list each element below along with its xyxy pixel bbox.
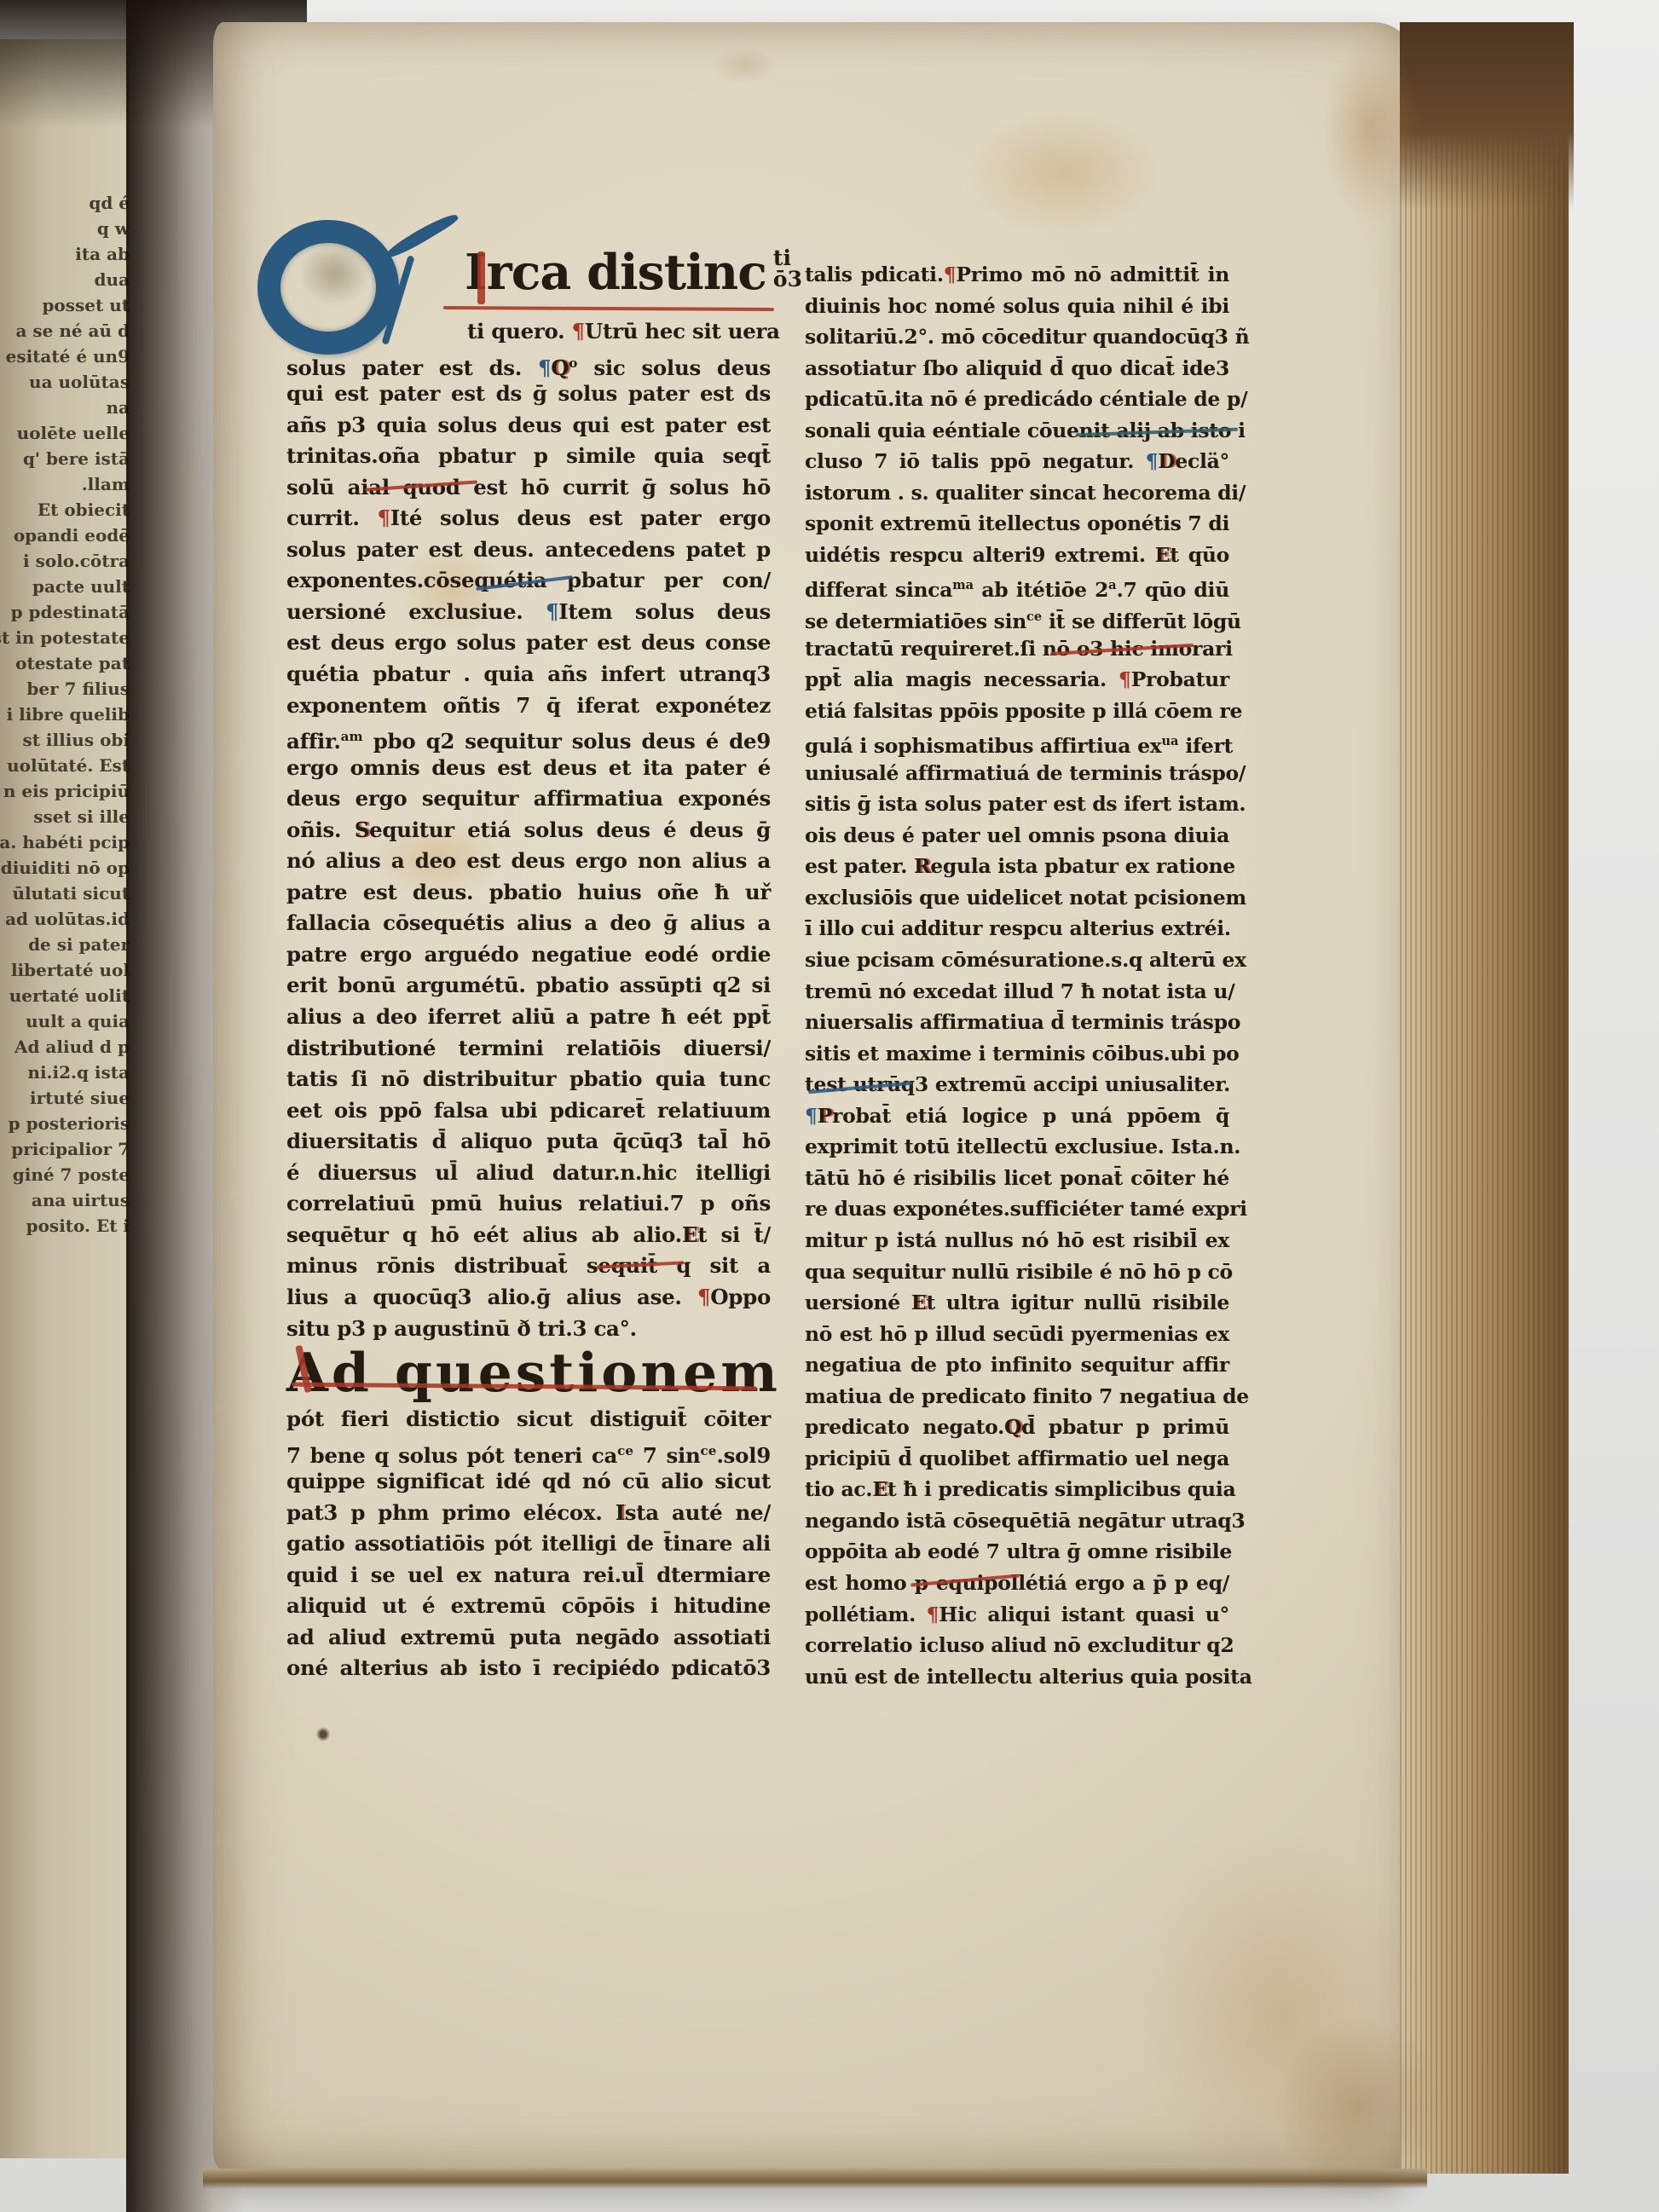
- text-line: diuersitatis d̄ aliquo puta q̄cūq3 tal̄ …: [286, 1127, 771, 1158]
- text-segment: Hic aliqui istant quasi u°: [939, 1603, 1229, 1626]
- chapter-opening-heading: Irca distinc ti ō3: [465, 244, 802, 301]
- text-segment: re duas exponétes.sufficiéter tamé expri: [805, 1197, 1247, 1221]
- text-segment: tātū hō é risibilis licet ponat̄ cōiter …: [805, 1166, 1229, 1190]
- page-fragment-line: st illius obi: [0, 728, 130, 754]
- rubric-stroke-red: [477, 251, 485, 304]
- text-segment: I: [616, 1500, 625, 1525]
- text-segment: ppt̄ alia magis necessaria.: [805, 667, 1119, 691]
- text-segment: situ p3 p augustinū ð tri.3 ca°.: [286, 1316, 637, 1341]
- text-segment: oppōita ab eodé 7 ultra ḡ omne risibile: [805, 1539, 1232, 1563]
- text-line: exponentem oñtis 7 q̄ iferat exponétez: [286, 691, 771, 723]
- text-segment: nó alius a deo est deus ergo non alius a: [286, 848, 771, 873]
- page-fragment-line: ita ab: [0, 242, 130, 268]
- text-line: pat3 p phm primo elécox. Ista auté ne/: [286, 1499, 771, 1530]
- text-segment: matiua de predicato finito 7 negatiua de: [805, 1384, 1249, 1408]
- text-segment: añs p3 quia solus deus qui est pater est: [286, 413, 771, 437]
- text-segment: am: [341, 729, 363, 744]
- text-segment: istorum . s. qualiter sincat hecorema di…: [805, 481, 1246, 505]
- text-line: solus pater est deus. antecedens patet p: [286, 535, 771, 567]
- text-line: ¶Probat̄ etiá logice p uná ppōem q̄: [805, 1101, 1229, 1133]
- initial-swash-tail: [383, 210, 460, 263]
- text-line: ois deus é pater uel omnis psona diuia: [805, 821, 1229, 852]
- text-segment: correlatio icluso aliud nō excluditur q2: [805, 1633, 1234, 1657]
- text-line: tremū nó excedat illud 7 ħ notat ista u/: [805, 977, 1229, 1008]
- text-segment: robat̄ etiá logice p uná ppōem q̄: [832, 1104, 1229, 1128]
- text-line: mitur p istá nullus nó hō est risibil̄ e…: [805, 1226, 1229, 1257]
- page-fragment-line: na: [0, 396, 130, 421]
- text-line: currit. ¶Ité solus deus est pater ergo: [286, 504, 771, 535]
- page-fragment-line: Et obiecit: [0, 498, 130, 523]
- pilcrow-mark: ¶: [944, 263, 957, 286]
- opening-heading-superscripts: ti ō3: [773, 247, 802, 290]
- text-segment: siue pcisam cōmésuratione.s.q alterū ex: [805, 948, 1246, 972]
- text-segment: fallacia cōsequétis alius a deo ḡ alius …: [286, 910, 771, 935]
- text-line: cluso 7 iō talis ppō negatur. ¶Declä°: [805, 447, 1229, 478]
- page-fragment-line: uertaté uolit: [0, 984, 130, 1009]
- text-line: aliquid ut é extremū cōpōis i hitudine: [286, 1591, 771, 1623]
- text-line: 7 bene q solus pót teneri cace 7 since.s…: [286, 1436, 771, 1468]
- text-segment: uniusalé affirmatiuá de terminis tráspo/: [805, 761, 1246, 785]
- text-segment: erit bonū argumétū. pbatio assūpti q2 si: [286, 973, 771, 997]
- text-line: fallacia cōsequétis alius a deo ḡ alius …: [286, 909, 771, 940]
- text-segment: correlatiuū pmū huius relatiui.7 p oñs: [286, 1191, 771, 1216]
- text-segment: sitis ḡ ista solus pater est ds ifert is…: [805, 792, 1246, 816]
- page-fragment-line: uolēte uelle: [0, 421, 130, 447]
- text-segment: oné alterius ab isto ī recipiédo pdicatō…: [286, 1655, 771, 1680]
- text-line: ti quero. ¶Utrū hec sit uera: [286, 317, 771, 349]
- text-line: exprimit totū itellectū exclusiue. Ista.…: [805, 1132, 1229, 1164]
- text-line: ī illo cui additur respcu alterius extré…: [805, 914, 1229, 945]
- text-line: niuersalis affirmatiua d̄ terminis trásp…: [805, 1008, 1229, 1039]
- page-fragment-line: i libre quelib: [0, 702, 130, 728]
- text-line: solitariū.2°. mō cōceditur quandocūq3 ñ: [805, 322, 1229, 354]
- text-line: est pater. Regula ista pbatur ex ratione: [805, 852, 1229, 883]
- page-fragment-line: st in potestate: [0, 626, 130, 651]
- text-segment: sic solus deus: [577, 355, 771, 380]
- text-line: pricipiū d̄ quolibet affirmatio uel nega: [805, 1444, 1229, 1476]
- text-line: uersioné exclusiue. ¶Item solus deus: [286, 598, 771, 629]
- pilcrow-mark: ¶: [1119, 667, 1131, 691]
- page-fragment-line: pricipalior 7: [0, 1137, 130, 1163]
- text-line: ergo omnis deus est deus et ita pater é: [286, 754, 771, 785]
- page-block-bottom-edge: [203, 2169, 1427, 2189]
- text-line: quippe significat idé qd nó cū alio sicu…: [286, 1467, 771, 1499]
- text-segment: Utrū hec sit uera: [585, 319, 780, 344]
- text-segment: t si t̄/: [697, 1222, 771, 1247]
- text-segment: distributioné termini relatiōis diuersi/: [286, 1036, 771, 1060]
- text-segment: quippe significat idé qd nó cū alio sicu…: [286, 1469, 771, 1493]
- text-segment: 7 bene q solus pót teneri ca: [286, 1443, 617, 1468]
- text-segment: gulá i sophismatibus affirtiua ex: [805, 734, 1161, 758]
- text-line: negatiua de pto infinito sequitur affir: [805, 1350, 1229, 1382]
- text-line: negando istā cōsequētiā negātur utraq3: [805, 1506, 1229, 1538]
- text-segment: currit.: [286, 505, 377, 530]
- page-fragment-line: a se né aū d: [0, 319, 130, 344]
- text-segment: differat sinca: [805, 578, 952, 602]
- page-fragment-line: q w: [0, 217, 130, 242]
- text-segment: quétia pbatur . quia añs infert utranq3: [286, 661, 771, 686]
- text-segment: E: [682, 1222, 697, 1247]
- page-fragment-line: ua uolūtas: [0, 370, 130, 396]
- text-line: se determiatiōes since it̄ se differūt l…: [805, 603, 1229, 634]
- text-line: correlatiuū pmū huius relatiui.7 p oñs: [286, 1189, 771, 1221]
- pilcrow-mark: ¶: [377, 505, 390, 530]
- text-segment: affir.: [286, 729, 341, 754]
- page-fragment-line: p pdestinatā: [0, 600, 130, 626]
- page-fragment-line: n eis pricipiū: [0, 779, 130, 805]
- text-segment: .sol9: [716, 1443, 771, 1468]
- text-segment: R: [914, 854, 930, 878]
- text-line: gatio assotiatiōis pót itelligi de t̄ina…: [286, 1529, 771, 1561]
- text-line: uidétis respcu alteri9 extremi. Et qūo: [805, 540, 1229, 572]
- text-segment: minus rōnis distribuat̄ sequit̄ q sit a: [286, 1253, 771, 1278]
- text-line: añs p3 quia solus deus qui est pater est: [286, 411, 771, 442]
- page-fragment-line: ber 7 filius: [0, 677, 130, 702]
- text-segment: qua sequitur nullū risibile é nō hō p cō: [805, 1260, 1233, 1284]
- text-segment: pót fieri distictio sicut distiguit̄ cōi…: [286, 1406, 771, 1431]
- text-segment: ce: [1026, 609, 1042, 624]
- text-line: alius a deo iferret aliū a patre ħ eét p…: [286, 1002, 771, 1034]
- text-segment: d̄ pbatur p primū: [1021, 1415, 1229, 1439]
- text-segment: S: [355, 817, 369, 842]
- text-line: solus pater est ds. ¶Qo sic solus deus: [286, 349, 771, 380]
- text-segment: tractatū requireret.ſi nō o3 hic imorari: [805, 637, 1233, 661]
- text-line: trinitas.oña pbatur p simile quia seqt̄: [286, 442, 771, 473]
- text-line: oñis. Sequitur etiá solus deus é deus ḡ: [286, 816, 771, 847]
- text-segment: est pater.: [805, 854, 914, 878]
- text-segment: unū est de intellectu alterius quia posi…: [805, 1665, 1252, 1689]
- opening-heading-word: Irca distinc: [465, 244, 766, 301]
- text-segment: ua: [1161, 734, 1178, 748]
- text-segment: solus pater est ds.: [286, 355, 538, 380]
- text-segment: it̄ se differūt lōgū: [1042, 609, 1241, 633]
- fore-edge-page-stack: [1400, 32, 1569, 2174]
- text-line: sequētur q hō eét alius ab alio.Et si t̄…: [286, 1221, 771, 1252]
- text-segment: t qūo: [1170, 543, 1229, 567]
- opening-sup-top: ti: [773, 247, 802, 269]
- text-segment: pdicatū.ita nō é predicádo céntiale de p…: [805, 387, 1247, 411]
- page-fragment-line: irtuté siue: [0, 1086, 130, 1112]
- text-segment: Primo mō nō admittit̄ in: [956, 263, 1229, 286]
- page-stack-lines: [1400, 32, 1569, 2174]
- text-line: uniusalé affirmatiuá de terminis tráspo/: [805, 759, 1229, 790]
- page-fragment-line: posset ut: [0, 293, 130, 319]
- text-line: talis pdicati.¶Primo mō nō admittit̄ in: [805, 260, 1229, 292]
- text-segment: nō est hō p illud secūdi pyermenias ex: [805, 1322, 1229, 1346]
- text-segment: gatio assotiatiōis pót itelligi de t̄ina…: [286, 1531, 771, 1556]
- page-fragment-line: ana uirtus: [0, 1188, 130, 1214]
- text-segment: solū aial quod est hō currit ḡ solus hō: [286, 475, 771, 500]
- text-segment: diuinis hoc nomé solus quia nihil é ibi: [805, 294, 1229, 318]
- page-fragment-line: a. habéti pcip: [0, 830, 130, 856]
- text-segment: trinitas.oña pbatur p simile quia seqt̄: [286, 443, 771, 468]
- text-segment: ad aliud extremū puta negādo assotiati: [286, 1625, 771, 1649]
- text-line: quid i se uel ex natura rei.ul̄ dtermiar…: [286, 1561, 771, 1592]
- page-fragment-line: uolūtaté. Est: [0, 754, 130, 779]
- text-segment: o: [569, 355, 577, 371]
- text-segment: deus ergo sequitur affirmatiua exponés: [286, 786, 771, 811]
- text-line: affir.am pbo q2 sequitur solus deus é de…: [286, 722, 771, 754]
- page-fragment-line: llam.: [0, 472, 130, 498]
- text-line: est deus ergo solus pater est deus conse: [286, 628, 771, 660]
- text-line: tātū hō é risibilis licet ponat̄ cōiter …: [805, 1164, 1229, 1195]
- text-segment: ce: [701, 1443, 717, 1458]
- text-segment: tatis ſi nō distribuitur pbatio quia tun…: [286, 1066, 771, 1091]
- text-line: istorum . s. qualiter sincat hecorema di…: [805, 478, 1229, 510]
- text-segment: Probatur: [1131, 667, 1229, 691]
- text-segment: E: [911, 1291, 927, 1314]
- text-segment: mitur p istá nullus nó hō est risibil̄ e…: [805, 1228, 1229, 1252]
- text-segment: negatiua de pto infinito sequitur affir: [805, 1353, 1229, 1377]
- text-segment: solitariū.2°. mō cōceditur quandocūq3 ñ: [805, 325, 1249, 349]
- text-segment: ī illo cui additur respcu alterius extré…: [805, 916, 1231, 940]
- page-fragment-line: Ad aliud d p: [0, 1035, 130, 1060]
- text-line: gulá i sophismatibus affirtiua exua ifer…: [805, 727, 1229, 759]
- text-segment: t ultra igitur nullū risibile: [926, 1291, 1229, 1314]
- text-line: tractatū requireret.ſi nō o3 hic imorari: [805, 634, 1229, 666]
- text-segment: ti quero.: [467, 319, 572, 344]
- text-line: re duas exponétes.sufficiéter tamé expri: [805, 1194, 1229, 1226]
- text-line: siue pcisam cōmésuratione.s.q alterū ex: [805, 945, 1229, 977]
- text-segment: tio ac.: [805, 1477, 872, 1501]
- text-line: sponit extremū itellectus oponétis 7 di: [805, 509, 1229, 540]
- page-fragment-line: opandi eodē: [0, 523, 130, 549]
- text-line: differat sincama ab itétiōe 2a.7 qūo diū: [805, 571, 1229, 603]
- text-segment: Oppo: [710, 1285, 771, 1309]
- text-line: nō est hō p illud secūdi pyermenias ex: [805, 1320, 1229, 1351]
- pilcrow-mark: ¶: [546, 599, 558, 624]
- page-fragment-line: ni.i2.q ista: [0, 1060, 130, 1086]
- pilcrow-mark: ¶: [927, 1603, 939, 1626]
- page-fragment-line: giné 7 poste: [0, 1163, 130, 1188]
- page-fragment-line: ūlutati sicut: [0, 881, 130, 907]
- text-line: nó alius a deo est deus ergo non alius a: [286, 846, 771, 878]
- text-segment: aliquid ut é extremū cōpōis i hitudine: [286, 1593, 771, 1618]
- text-segment: quid i se uel ex natura rei.ul̄ dtermiar…: [286, 1562, 771, 1587]
- text-segment: diuersitatis d̄ aliquo puta q̄cūq3 tal̄ …: [286, 1129, 771, 1153]
- text-line: unū est de intellectu alterius quia posi…: [805, 1662, 1229, 1694]
- text-segment: lius a quocūq3 alio.ḡ alius ase.: [286, 1285, 697, 1309]
- text-line: assotiatur ſbo aliquid d̄ quo dicat̄ ide…: [805, 354, 1229, 385]
- previous-page-edge: qd éq wita abduaposset uta se né aū desi…: [0, 39, 130, 2158]
- text-segment: niuersalis affirmatiua d̄ terminis trásp…: [805, 1010, 1240, 1034]
- page-fragment-line: i solo.cōtra: [0, 549, 130, 575]
- text-line: uersioné Et ultra igitur nullū risibile: [805, 1288, 1229, 1320]
- text-segment: se determiatiōes sin: [805, 609, 1026, 633]
- page-fragment-line: q' bere istā: [0, 447, 130, 472]
- text-segment: predicato negato.: [805, 1415, 1004, 1439]
- text-segment: uidétis respcu alteri9 extremi.: [805, 543, 1155, 567]
- text-segment: ma: [952, 578, 974, 592]
- text-segment: patre est deus. pbatio huius oñe ħ uř: [286, 880, 771, 904]
- text-line: ad aliud extremū puta negādo assotiati: [286, 1623, 771, 1655]
- text-segment: sitis et maxime i terminis cōibus.ubi po: [805, 1042, 1239, 1066]
- text-line: exclusiōis que uidelicet notat pcisionem: [805, 883, 1229, 915]
- page-fragment-line: qd é: [0, 191, 130, 217]
- text-line: erit bonū argumétū. pbatio assūpti q2 si: [286, 971, 771, 1002]
- text-line: predicato negato.Qd̄ pbatur p primū: [805, 1412, 1229, 1444]
- text-segment: exclusiōis que uidelicet notat pcisionem: [805, 886, 1246, 910]
- text-segment: pollétiam.: [805, 1603, 927, 1626]
- text-segment: egula ista pbatur ex ratione: [930, 854, 1235, 878]
- text-segment: exponentem oñtis 7 q̄ iferat exponétez: [286, 693, 771, 718]
- text-segment: uersioné: [805, 1291, 911, 1314]
- text-segment: ergo omnis deus est deus et ita pater é: [286, 755, 771, 780]
- text-segment: tremū nó excedat illud 7 ħ notat ista u/: [805, 979, 1234, 1003]
- pilcrow-mark: ¶: [538, 355, 551, 380]
- text-line: ppt̄ alia magis necessaria. ¶Probatur: [805, 665, 1229, 696]
- text-segment: uersioné exclusiue.: [286, 599, 546, 624]
- text-segment: pat3 p phm primo elécox.: [286, 1500, 616, 1525]
- text-line: é diuersus ul̄ aliud datur.n.hic itellig…: [286, 1158, 771, 1190]
- pilcrow-mark: ¶: [1146, 449, 1159, 473]
- text-segment: sta auté ne/: [625, 1500, 771, 1525]
- text-segment: 7 sin: [633, 1443, 701, 1468]
- text-segment: .7 qūo diū: [1117, 578, 1229, 602]
- text-line: distributioné termini relatiōis diuersi/: [286, 1034, 771, 1066]
- text-segment: pbo q2 sequitur solus deus é de9: [363, 729, 771, 754]
- page-fragment-line: posito. Et i: [0, 1214, 130, 1239]
- text-segment: oñis.: [286, 817, 355, 842]
- text-line: etiá falsitas ppōis pposite p illá cōem …: [805, 696, 1229, 728]
- left-text-column: ti quero. ¶Utrū hec sit uerasolus pater …: [286, 317, 771, 1685]
- text-line: est homo p equipollétiá ergo a p̄ p eq/: [805, 1568, 1229, 1600]
- text-segment: Ité solus deus est pater ergo: [390, 505, 771, 530]
- text-line: correlatio icluso aliud nō excluditur q2: [805, 1631, 1229, 1662]
- text-segment: a: [1108, 578, 1116, 592]
- right-text-column: talis pdicati.¶Primo mō nō admittit̄ ind…: [805, 260, 1229, 1693]
- page-fragment-line: ad uolūtas.id: [0, 907, 130, 933]
- text-line: lius a quocūq3 alio.ḡ alius ase. ¶Oppo: [286, 1283, 771, 1314]
- text-segment: alius a deo iferret aliū a patre ħ eét p…: [286, 1004, 771, 1029]
- text-segment: Item solus deus: [558, 599, 771, 624]
- text-segment: qui est pater est ds ḡ solus pater est d…: [286, 381, 771, 406]
- pilcrow-mark: ¶: [697, 1285, 710, 1309]
- text-segment: cluso 7 iō talis ppō negatur.: [805, 449, 1146, 473]
- text-line: eet ois ppō falsa ubi pdicaret̄ relatiuu…: [286, 1096, 771, 1128]
- text-line: qui est pater est ds ḡ solus pater est d…: [286, 379, 771, 411]
- text-segment: ifert: [1178, 734, 1233, 758]
- text-segment: est deus ergo solus pater est deus conse: [286, 630, 771, 655]
- text-line: minus rōnis distribuat̄ sequit̄ q sit a: [286, 1251, 771, 1283]
- text-line: oné alterius ab isto ī recipiédo pdicatō…: [286, 1654, 771, 1685]
- page-fragment-line: esitaté é un9: [0, 344, 130, 370]
- text-segment: Q: [551, 355, 569, 380]
- text-segment: sequētur q hō eét alius ab alio.: [286, 1222, 682, 1247]
- text-segment: sponit extremū itellectus oponétis 7 di: [805, 511, 1229, 535]
- opening-sup-bottom: ō3: [773, 269, 802, 290]
- text-line: oppōita ab eodé 7 ultra ḡ omne risibile: [805, 1537, 1229, 1568]
- text-line: quétia pbatur . quia añs infert utranq3: [286, 660, 771, 691]
- text-segment: ab itétiōe 2: [974, 578, 1108, 602]
- page-fragment-line: sset si ille: [0, 805, 130, 830]
- text-segment: negando istā cōsequētiā negātur utraq3: [805, 1509, 1245, 1533]
- text-segment: P: [818, 1104, 832, 1128]
- text-segment: é diuersus ul̄ aliud datur.n.hic itellig…: [286, 1160, 771, 1185]
- text-line: tatis ſi nō distribuitur pbatio quia tun…: [286, 1065, 771, 1096]
- pilcrow-mark: ¶: [805, 1104, 818, 1128]
- text-segment: Q: [1004, 1415, 1021, 1439]
- page-fragment-line: pacte uult: [0, 575, 130, 600]
- incunable-page-photo: qd éq wita abduaposset uta se né aū desi…: [0, 0, 1659, 2212]
- text-line: pót fieri distictio sicut distiguit̄ cōi…: [286, 1405, 771, 1436]
- text-segment: talis pdicati.: [805, 263, 944, 286]
- cover-edge-top: [1400, 22, 1574, 210]
- text-segment: equitur etiá solus deus é deus ḡ: [369, 817, 771, 842]
- text-segment: D: [1158, 449, 1175, 473]
- pilcrow-mark: ¶: [572, 319, 585, 344]
- text-segment: patre ergo arguédo negatiue eodé ordie: [286, 942, 771, 967]
- text-segment: etiá falsitas ppōis pposite p illá cōem …: [805, 699, 1242, 723]
- page-fragment-line: uult a quia: [0, 1009, 130, 1035]
- text-segment: t ħ i predicatis simplicibus quia: [887, 1477, 1236, 1501]
- text-line: pdicatū.ita nō é predicádo céntiale de p…: [805, 384, 1229, 416]
- text-segment: eclä°: [1175, 449, 1229, 473]
- text-line: patre est deus. pbatio huius oñe ħ uř: [286, 878, 771, 910]
- text-line: sitis et maxime i terminis cōibus.ubi po: [805, 1039, 1229, 1071]
- text-segment: exprimit totū itellectū exclusiue. Ista.…: [805, 1135, 1240, 1158]
- text-line: patre ergo arguédo negatiue eodé ordie: [286, 940, 771, 972]
- page-fragment-line: diuiditi nō op: [0, 856, 130, 881]
- text-segment: assotiatur ſbo aliquid d̄ quo dicat̄ ide…: [805, 356, 1229, 380]
- text-segment: eet ois ppō falsa ubi pdicaret̄ relatiuu…: [286, 1098, 771, 1123]
- text-line: diuinis hoc nomé solus quia nihil é ibi: [805, 292, 1229, 323]
- text-line: deus ergo sequitur affirmatiua exponés: [286, 784, 771, 816]
- page-fragment-line: otestate pat: [0, 651, 130, 677]
- text-line: solū aial quod est hō currit ḡ solus hō: [286, 473, 771, 505]
- text-segment: ce: [617, 1443, 633, 1458]
- page-fragment-line: de si pater: [0, 933, 130, 958]
- text-segment: E: [1155, 543, 1171, 567]
- text-line: tio ac.Et ħ i predicatis simplicibus qui…: [805, 1475, 1229, 1506]
- text-line: pollétiam. ¶Hic aliqui istant quasi u°: [805, 1600, 1229, 1632]
- section-heading: Ad questionem: [286, 1345, 771, 1405]
- text-line: matiua de predicato finito 7 negatiua de: [805, 1382, 1229, 1413]
- page-fragment-line: p posterioris: [0, 1112, 130, 1137]
- page-fragment-line: libertaté uol: [0, 958, 130, 984]
- text-segment: solus pater est deus. antecedens patet p: [286, 537, 771, 562]
- text-line: sitis ḡ ista solus pater est ds ifert is…: [805, 789, 1229, 821]
- text-segment: E: [872, 1477, 887, 1501]
- text-line: qua sequitur nullū risibile é nō hō p cō: [805, 1257, 1229, 1289]
- text-segment: ois deus é pater uel omnis psona diuia: [805, 823, 1229, 847]
- text-segment: pricipiū d̄ quolibet affirmatio uel nega: [805, 1447, 1229, 1470]
- page-fragment-line: dua: [0, 268, 130, 293]
